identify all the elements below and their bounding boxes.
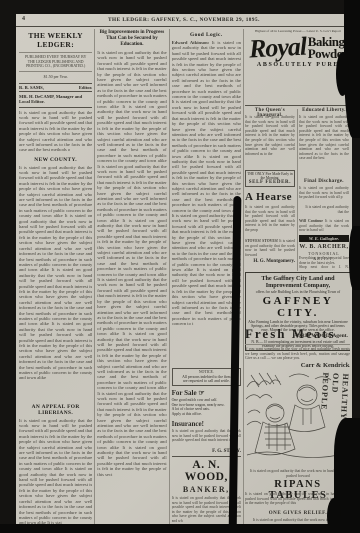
will-continue-signature: W. E. Gallagher. [299,235,349,242]
fresh-meats-text: If you want something in the way of nice… [245,347,350,362]
pointing-hand-icon: ☞ [198,389,204,397]
healthy-old-people-caption: HEALTHY OLD PEOPLE [318,372,350,424]
stoves-ad-text: STOVES! STOVES! It is stated on good aut… [245,239,295,257]
column-rule [169,29,170,532]
article-text: It is stated on good authority that the … [97,50,166,532]
hearse-ad-title: A Hearse [245,191,295,203]
fresh-meats-ad: Fresh Meats If you want something in the… [245,326,350,369]
column-rule [243,29,244,532]
article-headline: Big Improvements in Progress That Can be… [97,30,166,48]
article-text: It is stated on good authority that the … [172,40,241,326]
article-text: It is stated on good authority that the … [19,165,92,401]
article-lead: Edward Atkinson: [172,40,210,45]
sub-column-rule [297,109,298,271]
column-rule [94,29,95,532]
will-continue-ad: Will Continue It is stated on good autho… [299,219,349,234]
land-ad-subline: offers for sale Building Lots in the Flo… [248,290,348,294]
sub-article-heading: Educated Liberty. [299,108,349,113]
archer-line: Shop next door to J. N. Webster's old st… [299,265,349,270]
gaffney-city-wordmark: GAFFNEY CITY. [248,295,348,319]
page-header: 4 THE LEDGER: GAFFNEY, S. C., NOVEMBER 2… [16,14,352,27]
final-discharge-heading: Final Discharge. [299,179,349,184]
article-text: It is stated on good authority that the … [19,418,92,530]
column-1: THE WEEKLY LEDGER: PUBLISHED EVERY THURS… [18,29,93,532]
editor-name: R. B. SAMS, [19,85,44,90]
notice-card-line: are requested to call and settle. [174,379,239,384]
divider [245,105,350,106]
subscription-price: $1.50 per Year. [19,74,92,79]
divider [19,52,92,53]
montgomery-signature: H. G. Montgomery. [245,259,295,264]
article-text: It is stated on good authority that the … [19,110,92,154]
column-2: Big Improvements in Progress That Can be… [96,29,167,532]
fresh-meats-title: Fresh Meats [245,326,350,342]
royal-baking-powder-ad: Royal Baking Powder ABSOLUTELY PURE [245,36,350,68]
ink-blot-top-right-2 [336,52,349,96]
editor-row: R. B. SAMS, Editor. [19,84,92,92]
sub-article-text: It is stated on good authority that the … [245,115,295,167]
will-continue-lead: Will Continue [299,219,323,223]
article-heading-good-logic: Good Logic. [172,32,241,38]
carr-kendrick-signature: Carr & Kendrick. [245,362,350,369]
scanned-newspaper-screenshot: 4 THE LEDGER: GAFFNEY, S. C., NOVEMBER 2… [0,0,360,533]
dateline: THE LEDGER: GAFFNEY, S. C., NOVEMBER 29,… [16,17,352,23]
masthead: THE WEEKLY LEDGER: PUBLISHED EVERY THURS… [19,29,92,84]
archer-line: Everything in the tonsorial line done in… [299,256,349,265]
final-discharge-signature: It is stated on good authority that the [299,205,349,217]
newspaper-page: 4 THE LEDGER: GAFFNEY, S. C., NOVEMBER 2… [16,14,352,533]
editor-title: Editor. [79,85,93,90]
scan-edge-bottom [0,524,360,533]
stove-box-ad: THE ONLY Fire Made Early in the Morning.… [245,170,295,187]
column-area: THE WEEKLY LEDGER: PUBLISHED EVERY THURS… [16,27,352,532]
article-heading-appeal: AN APPEAL FOR LIBERIANS. [19,404,92,416]
archer-name: W. B. ARCHER, [299,244,349,250]
masthead-publisher-line: THE LEDGER PUBLISHING AND PRINTING CO., … [19,60,92,69]
stoves-lead: STOVES! STOVES! [245,239,278,243]
manager-line: MR. H. DeCAMP, Manager and Local Editor. [19,92,92,108]
divider [245,344,350,345]
masthead-title: THE WEEKLY LEDGER: [19,29,92,50]
masthead-published-line: PUBLISHED EVERY THURSDAY BY [19,55,92,60]
final-discharge-text: It is stated on good authority that the … [299,186,349,204]
stove-box-title: SELF FEEDER. [247,180,293,185]
land-company-name: The Gaffney City Land and Improvement Co… [248,275,348,289]
sub-article-text: It is stated on good authority that the … [299,115,349,177]
royal-logo: Royal [248,35,306,62]
page-number: 4 [22,16,25,22]
ink-blot-mid-right [349,226,360,290]
article-heading-new-county: NEW COUNTY. [19,157,92,163]
hearse-ad-text: It is stated on good authority that the … [245,205,295,237]
stove-box-line: THE ONLY Fire Made Early in the Morning. [247,172,293,180]
article-text: Edward Atkinson: It is stated on good au… [172,40,241,368]
divider [19,71,92,72]
